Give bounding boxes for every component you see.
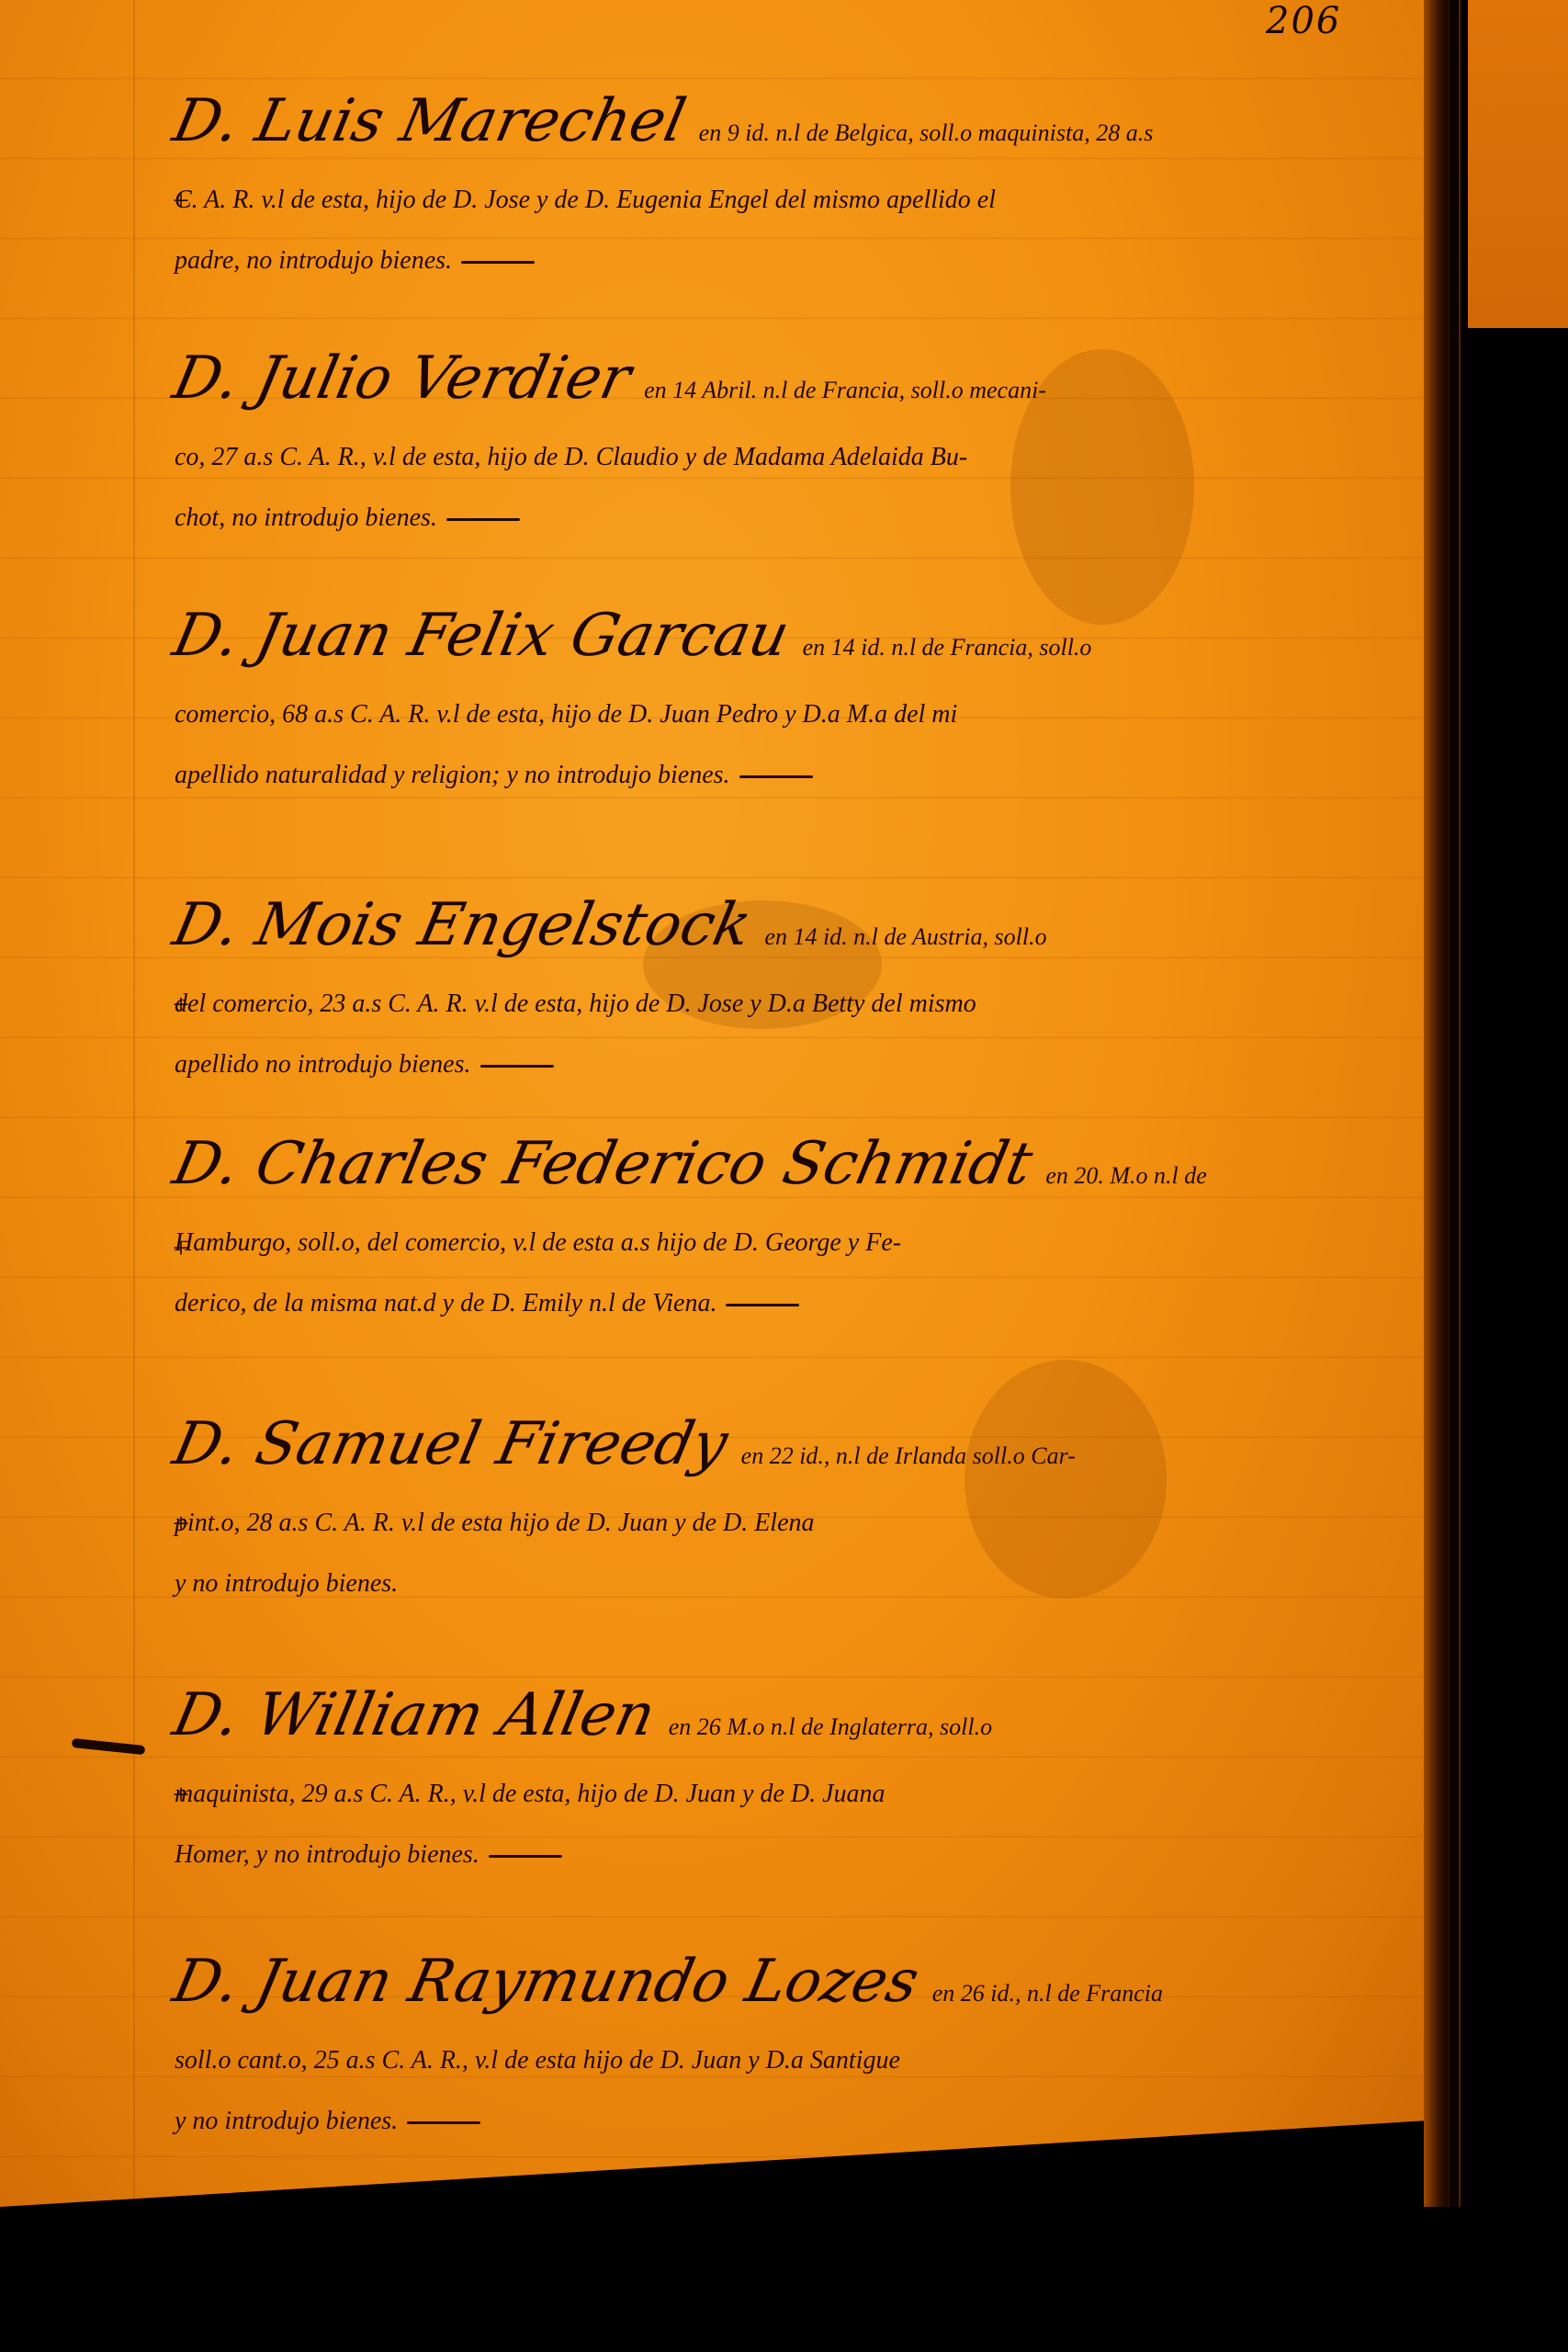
margin-cross-mark: +: [173, 184, 189, 218]
entry-details: en 14 Abril. n.l de Francia, soll.o meca…: [644, 377, 1046, 404]
entry-details: en 22 id., n.l de Irlanda soll.o Car-: [741, 1442, 1076, 1470]
entry-line: soll.o cant.o, 25 a.s C. A. R., v.l de e…: [175, 2048, 1433, 2074]
entry-name: D. Juan Raymundo Lozes: [168, 1952, 923, 2011]
entry-line: co, 27 a.s C. A. R., v.l de esta, hijo d…: [175, 445, 1433, 470]
entry-name: D. William Allen: [168, 1686, 660, 1745]
entry-details: en 14 id. n.l de Francia, soll.o: [803, 634, 1092, 661]
margin-cross-mark: +: [173, 1507, 189, 1541]
entry-name: D. Samuel Fireedy: [168, 1415, 732, 1474]
register-entry: D. Samuel Fireedy en 22 id., n.l de Irla…: [175, 1415, 1433, 1597]
entry-line: comercio, 68 a.s C. A. R. v.l de esta, h…: [175, 702, 1433, 728]
entry-name: D. Julio Verdier: [168, 349, 636, 408]
register-entry: D. Juan Raymundo Lozes en 26 id., n.l de…: [175, 1952, 1433, 2134]
flourish: [446, 518, 520, 521]
entry-line: del comercio, 23 a.s C. A. R. v.l de est…: [175, 991, 1433, 1017]
entry-details: en 26 M.o n.l de Inglaterra, soll.o: [669, 1713, 992, 1741]
gutter-shadow: [1450, 0, 1459, 2207]
margin-cross-mark: +: [173, 1231, 189, 1265]
entry-line: apellido naturalidad y religion; y no in…: [175, 761, 730, 789]
entry-line: derico, de la misma nat.d y de D. Emily …: [175, 1289, 716, 1317]
margin-rule: [133, 0, 135, 2205]
entry-line: Hamburgo, soll.o, del comercio, v.l de e…: [175, 1230, 1433, 1256]
entry-line: chot, no introdujo bienes.: [175, 503, 437, 532]
margin-cross-mark: +: [173, 988, 189, 1022]
register-entry: D. William Allen en 26 M.o n.l de Inglat…: [175, 1686, 1433, 1868]
entry-line: C. A. R. v.l de esta, hijo de D. Jose y …: [175, 187, 1433, 213]
flourish: [461, 261, 535, 264]
flourish: [739, 775, 813, 778]
register-entry: D. Charles Federico Schmidt en 20. M.o n…: [175, 1135, 1433, 1317]
entry-line: maquinista, 29 a.s C. A. R., v.l de esta…: [175, 1781, 1433, 1807]
flourish: [407, 2121, 480, 2124]
entry-line: y no introdujo bienes.: [175, 1569, 398, 1598]
flourish: [489, 1855, 562, 1858]
entry-details: en 20. M.o n.l de: [1045, 1162, 1206, 1190]
entry-name: D. Mois Engelstock: [168, 896, 756, 955]
page-number: 206: [1266, 0, 1341, 42]
register-entry: D. Julio Verdier en 14 Abril. n.l de Fra…: [175, 349, 1433, 531]
entry-details: en 9 id. n.l de Belgica, soll.o maquinis…: [699, 119, 1154, 147]
scanned-document: 206 D. Luis Marechel en 9 id. n.l de Bel…: [0, 0, 1568, 2352]
register-entry: D. Juan Felix Garcau en 14 id. n.l de Fr…: [175, 606, 1433, 788]
register-entry: D. Luis Marechel en 9 id. n.l de Belgica…: [175, 92, 1433, 274]
entry-line: y no introdujo bienes.: [175, 2107, 398, 2135]
entry-details: en 26 id., n.l de Francia: [932, 1980, 1163, 2007]
entry-line: pint.o, 28 a.s C. A. R. v.l de esta hijo…: [175, 1510, 1433, 1536]
flourish: [726, 1304, 799, 1306]
facing-page-edge: [1468, 0, 1568, 328]
entry-line: padre, no introdujo bienes.: [175, 246, 452, 275]
entry-line: Homer, y no introdujo bienes.: [175, 1840, 479, 1869]
register-entry: D. Mois Engelstock en 14 id. n.l de Aust…: [175, 896, 1433, 1078]
entry-name: D. Juan Felix Garcau: [168, 606, 794, 665]
entry-line: apellido no introdujo bienes.: [175, 1050, 471, 1079]
margin-cross-mark: +: [173, 1778, 189, 1812]
entry-name: D. Charles Federico Schmidt: [168, 1135, 1037, 1193]
entry-details: en 14 id. n.l de Austria, soll.o: [764, 923, 1046, 951]
register-page: [0, 0, 1461, 2207]
flourish: [480, 1065, 554, 1068]
entry-name: D. Luis Marechel: [168, 92, 690, 151]
